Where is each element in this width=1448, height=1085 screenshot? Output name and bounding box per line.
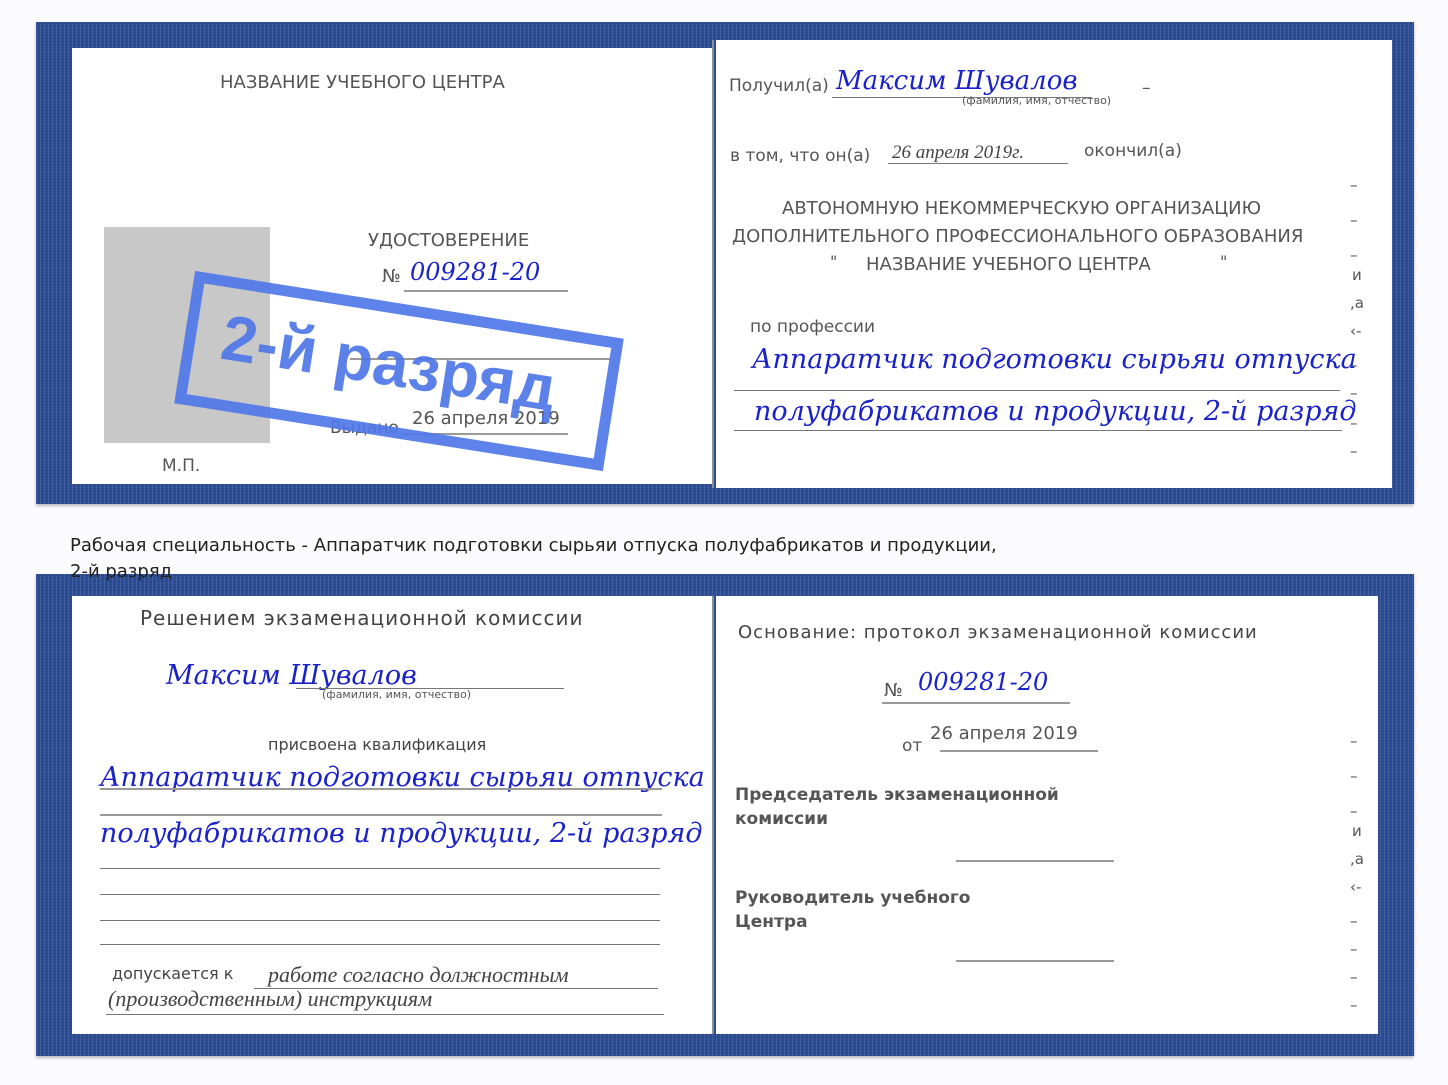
edge-mark: – (1350, 356, 1358, 374)
edge-mark: – (1350, 940, 1358, 958)
qualification-underline-5 (100, 920, 660, 921)
seal-label: М.П. (162, 456, 200, 476)
top-card-spine (712, 40, 714, 488)
edge-mark: ‹- (1350, 322, 1361, 340)
center-name: НАЗВАНИЕ УЧЕБНОГО ЦЕНТРА (220, 72, 505, 93)
received-label: Получил(а) (729, 76, 829, 96)
decision-title: Решением экзаменационной комиссии (140, 606, 583, 630)
edge-mark: и (1352, 822, 1362, 840)
edge-mark: – (1350, 414, 1358, 432)
head-label-line-1: Руководитель учебного (735, 888, 970, 908)
specialty-caption-overlay: Рабочая специальность - Аппаратчик подго… (70, 533, 1010, 585)
holder-name: Максим Шувалов (166, 660, 417, 691)
edge-mark: ,а (1350, 850, 1364, 868)
profession-label: по профессии (750, 317, 875, 337)
qualification-underline-4 (100, 894, 660, 895)
qualification-label: присвоена квалификация (268, 735, 486, 754)
org-line-1: АВТОНОМНУЮ НЕКОММЕРЧЕСКУЮ ОРГАНИЗАЦИЮ (782, 198, 1261, 219)
profession-underline-1 (734, 390, 1340, 391)
from-label: от (902, 736, 922, 756)
received-name-hint: (фамилия, имя, отчество) (962, 94, 1111, 107)
org-line-2: ДОПОЛНИТЕЛЬНОГО ПРОФЕССИОНАЛЬНОГО ОБРАЗО… (732, 226, 1303, 247)
org-line-3-close-quote: " (1220, 252, 1227, 271)
doc-title: УДОСТОВЕРЕНИЕ (368, 230, 529, 251)
that-date-underline (888, 163, 1068, 164)
head-label-line-2: Центра (735, 912, 808, 932)
holder-name-hint: (фамилия, имя, отчество) (322, 688, 471, 701)
head-signature-line (956, 960, 1114, 962)
admitted-line-2: (производственным) инструкциям (108, 986, 432, 1012)
edge-mark: и (1352, 266, 1362, 284)
admitted-label: допускается к (112, 964, 233, 983)
chairman-label-line-2: комиссии (735, 809, 828, 829)
that-date: 26 апреля 2019г. (892, 142, 1024, 164)
profession-underline-2 (734, 430, 1342, 431)
edge-mark: ,а (1350, 294, 1364, 312)
org-line-3: НАЗВАНИЕ УЧЕБНОГО ЦЕНТРА (866, 254, 1151, 275)
basis-title: Основание: протокол экзаменационной коми… (738, 622, 1258, 643)
bottom-card-spine (712, 596, 714, 1034)
number-label: № (382, 266, 401, 287)
edge-mark: – (1350, 912, 1358, 930)
edge-mark: – (1350, 384, 1358, 402)
edge-mark: – (1350, 246, 1358, 264)
from-date-underline (940, 750, 1098, 752)
edge-mark: – (1350, 442, 1358, 460)
received-name: Максим Шувалов (836, 66, 1078, 96)
edge-mark: – (1350, 211, 1358, 229)
profession-line-2: полуфабрикатов и продукции, 2-й разряд (754, 396, 1357, 427)
from-date: 26 апреля 2019 (930, 723, 1078, 744)
qualification-line-2: полуфабрикатов и продукции, 2-й разряд (100, 818, 703, 849)
edge-mark: – (1350, 802, 1358, 820)
certificate-number: 009281-20 (410, 258, 540, 286)
edge-mark: – (1350, 732, 1358, 750)
qualification-underline-2 (100, 814, 662, 816)
chairman-label-line-1: Председатель экзаменационной (735, 785, 1059, 805)
edge-mark: – (1350, 996, 1358, 1014)
that-label: в том, что он(а) (730, 146, 870, 166)
protocol-number: 009281-20 (918, 668, 1048, 696)
qualification-underline-3 (100, 868, 660, 869)
finished-label: окончил(а) (1084, 141, 1182, 161)
protocol-number-label: № (884, 680, 903, 701)
qualification-underline-6 (100, 944, 660, 945)
edge-mark: – (1350, 968, 1358, 986)
edge-mark: – (1350, 767, 1358, 785)
edge-mark: ‹- (1350, 878, 1361, 896)
profession-line-1: Аппаратчик подготовки сырьяи отпуска (752, 344, 1357, 375)
number-underline (404, 290, 568, 292)
qualification-underline-1 (100, 788, 662, 790)
received-dash: – (1142, 78, 1151, 98)
admitted-underline-2 (106, 1014, 664, 1015)
admitted-line-1: работе согласно должностным (268, 962, 569, 988)
edge-mark: – (1350, 176, 1358, 194)
chairman-signature-line (956, 860, 1114, 862)
protocol-number-underline (882, 702, 1070, 704)
org-line-3-open-quote: " (830, 252, 837, 271)
